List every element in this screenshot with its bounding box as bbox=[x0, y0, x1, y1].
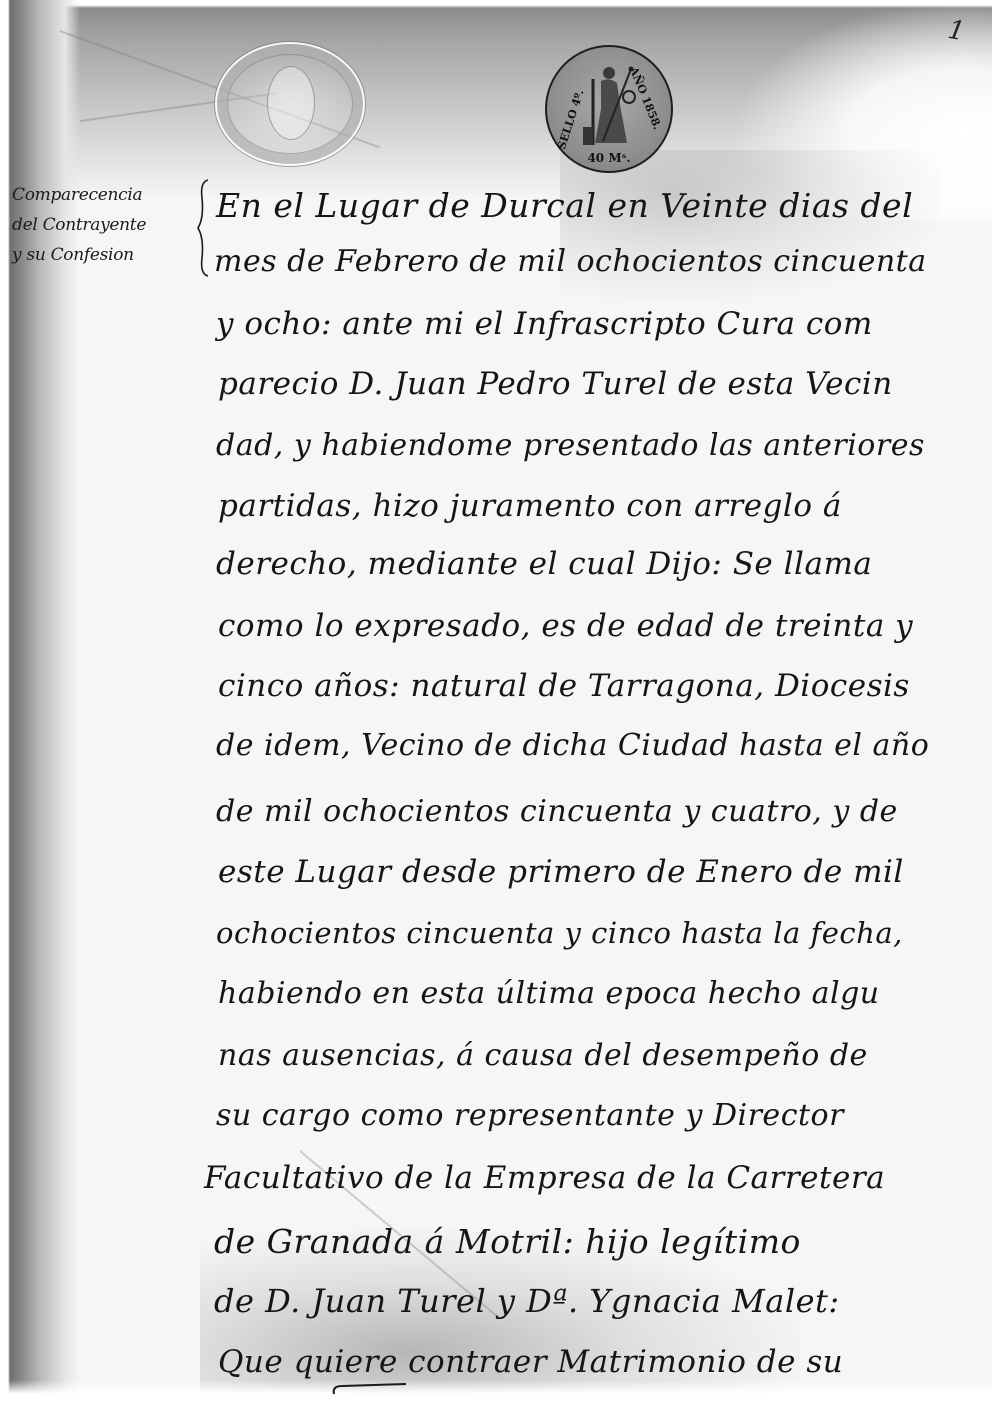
manuscript-line: este Lugar desde primero de Enero de mil bbox=[218, 854, 904, 890]
manuscript-line: cinco años: natural de Tarragona, Dioces… bbox=[218, 668, 910, 704]
margin-note-line: del Contrayente bbox=[12, 210, 207, 240]
manuscript-line: habiendo en esta última epoca hecho algu bbox=[218, 976, 880, 1011]
manuscript-line: de Granada á Motril: hijo legítimo bbox=[214, 1222, 801, 1261]
embossed-seal bbox=[215, 42, 365, 166]
tax-stamp: SELLO 4º. AÑO 1858. 40 Mˢ. bbox=[545, 45, 673, 173]
stamp-value: 40 Mˢ. bbox=[547, 151, 671, 165]
manuscript-line: ochocientos cincuenta y cinco hasta la f… bbox=[216, 916, 903, 950]
curly-brace-icon bbox=[196, 178, 212, 278]
manuscript-line: su cargo como representante y Director bbox=[216, 1098, 844, 1133]
manuscript-line: de idem, Vecino de dicha Ciudad hasta el… bbox=[216, 728, 929, 763]
page-bottom-edge bbox=[0, 1380, 992, 1403]
manuscript-line: como lo expresado, es de edad de treinta… bbox=[218, 608, 913, 644]
manuscript-line: En el Lugar de Durcal en Veinte dias del bbox=[216, 186, 913, 225]
manuscript-line: derecho, mediante el cual Dijo: Se llama bbox=[216, 546, 872, 582]
margin-note-line: Comparecencia bbox=[12, 180, 207, 210]
manuscript-line: nas ausencias, á causa del desempeño de bbox=[218, 1038, 868, 1073]
manuscript-line: parecio D. Juan Pedro Turel de esta Veci… bbox=[218, 366, 893, 402]
document-page: SELLO 4º. AÑO 1858. 40 Mˢ. 1 Comparecenc… bbox=[0, 0, 992, 1403]
margin-note: Comparecencia del Contrayente y su Confe… bbox=[12, 180, 207, 270]
margin-note-line: y su Confesion bbox=[12, 240, 207, 270]
manuscript-line: mes de Febrero de mil ochocientos cincue… bbox=[214, 244, 927, 279]
manuscript-line: y ocho: ante mi el Infrascripto Cura com bbox=[216, 306, 873, 342]
embossed-seal-shield-icon bbox=[267, 66, 315, 140]
manuscript-line: Que quiere contraer Matrimonio de su bbox=[218, 1344, 843, 1380]
ink-flourish-icon bbox=[330, 1380, 410, 1398]
manuscript-line: de mil ochocientos cincuenta y cuatro, y… bbox=[216, 794, 898, 829]
manuscript-line: Facultativo de la Empresa de la Carreter… bbox=[204, 1160, 885, 1196]
manuscript-line: de D. Juan Turel y Dª. Ygnacia Malet: bbox=[214, 1282, 840, 1320]
manuscript-line: dad, y habiendome presentado las anterio… bbox=[216, 428, 925, 463]
manuscript-line: partidas, hizo juramento con arreglo á bbox=[218, 488, 842, 524]
